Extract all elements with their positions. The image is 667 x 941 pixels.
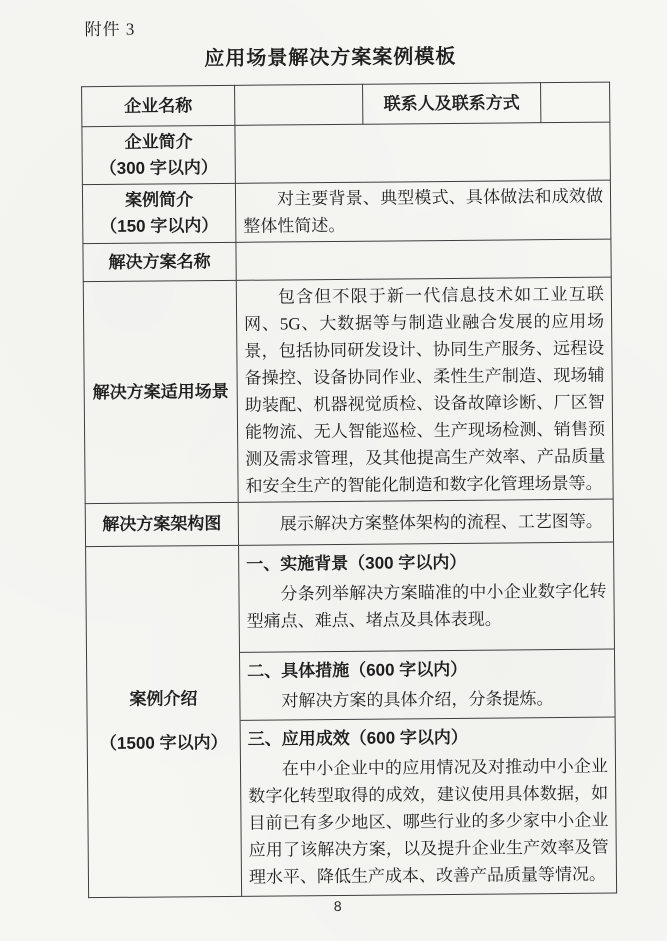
case-brief-label: 案例简介 （150 字以内） xyxy=(82,183,236,243)
document-sheet: 附件 3 应用场景解决方案案例模板 企业名称 联系人及联系方式 企业简介 （30… xyxy=(0,0,667,941)
label-word-limit: （1500 字以内） xyxy=(91,730,237,757)
solution-name-content-cell xyxy=(236,239,611,280)
case-introduction-label: 案例介绍 （1500 字以内） xyxy=(86,545,242,897)
row-architecture-diagram: 解决方案架构图 展示解决方案整体架构的流程、工艺图等。 xyxy=(85,499,613,547)
attachment-label: 附件 3 xyxy=(84,15,135,40)
row-case-introduction: 案例介绍 （1500 字以内） 一、实施背景（300 字以内） 分条列举解决方案… xyxy=(86,542,617,898)
page-number: 8 xyxy=(4,895,667,917)
solution-name-label: 解决方案名称 xyxy=(83,242,236,281)
company-profile-content-cell xyxy=(235,122,610,183)
label-word-limit: （300 字以内） xyxy=(86,154,232,181)
company-name-label: 企业名称 xyxy=(82,85,235,126)
template-table: 企业名称 联系人及联系方式 企业简介 （300 字以内） 案例简介 （150 字… xyxy=(81,82,617,899)
section-body: 在中小企业中的应用情况及对推动中小企业数字化转型取得的成效，建议使用具体数据，如… xyxy=(248,753,609,891)
row-solution-name: 解决方案名称 xyxy=(83,239,611,282)
label-text: 企业简介 xyxy=(85,128,231,155)
architecture-diagram-content-cell: 展示解决方案整体架构的流程、工艺图等。 xyxy=(238,499,613,545)
row-company-name: 企业名称 联系人及联系方式 xyxy=(82,82,610,127)
row-applicable-scenarios: 解决方案适用场景 包含但不限于新一代信息技术如工业互联网、5G、大数据等与制造业… xyxy=(83,277,613,504)
label-text: 案例简介 xyxy=(86,187,232,214)
section-implementation-background: 一、实施背景（300 字以内） 分条列举解决方案瞄准的中小企业数字化转型痛点、难… xyxy=(239,543,614,652)
label-text: 解决方案架构图 xyxy=(89,511,235,538)
applicable-scenarios-content-cell: 包含但不限于新一代信息技术如工业互联网、5G、大数据等与制造业融合发展的应用场景… xyxy=(236,277,613,502)
section-heading: 一、实施背景（300 字以内） xyxy=(246,548,606,578)
case-brief-content-cell: 对主要背景、典型模式、具体做法和成效做整体性简述。 xyxy=(235,180,611,242)
label-text: 案例介绍 xyxy=(90,686,236,713)
label-text: 解决方案名称 xyxy=(86,248,232,275)
label-word-limit: （150 字以内） xyxy=(86,213,232,240)
contact-value-cell xyxy=(541,82,610,123)
row-company-profile: 企业简介 （300 字以内） xyxy=(82,122,610,185)
section-application-results: 三、应用成效（600 字以内） 在中小企业中的应用情况及对推动中小企业数字化转型… xyxy=(241,717,617,896)
section-body: 分条列举解决方案瞄准的中小企业数字化转型痛点、难点、堵点及具体表现。 xyxy=(246,578,606,635)
section-heading: 二、具体措施（600 字以内） xyxy=(247,655,607,685)
company-name-value-cell xyxy=(235,84,363,125)
section-heading: 三、应用成效（600 字以内） xyxy=(248,723,608,753)
contact-label: 联系人及联系方式 xyxy=(363,83,541,125)
row-case-brief: 案例简介 （150 字以内） 对主要背景、典型模式、具体做法和成效做整体性简述。 xyxy=(82,180,610,244)
company-profile-label: 企业简介 （300 字以内） xyxy=(82,125,236,184)
case-introduction-content-cell: 一、实施背景（300 字以内） 分条列举解决方案瞄准的中小企业数字化转型痛点、难… xyxy=(239,542,617,896)
applicable-scenarios-label: 解决方案适用场景 xyxy=(83,280,238,503)
section-body: 对解决方案的具体介绍，分条提炼。 xyxy=(247,685,607,715)
architecture-diagram-label: 解决方案架构图 xyxy=(85,502,238,546)
section-specific-measures: 二、具体措施（600 字以内） 对解决方案的具体介绍，分条提炼。 xyxy=(240,649,615,720)
label-text: 解决方案适用场景 xyxy=(88,378,234,405)
page-title: 应用场景解决方案案例模板 xyxy=(0,38,664,73)
